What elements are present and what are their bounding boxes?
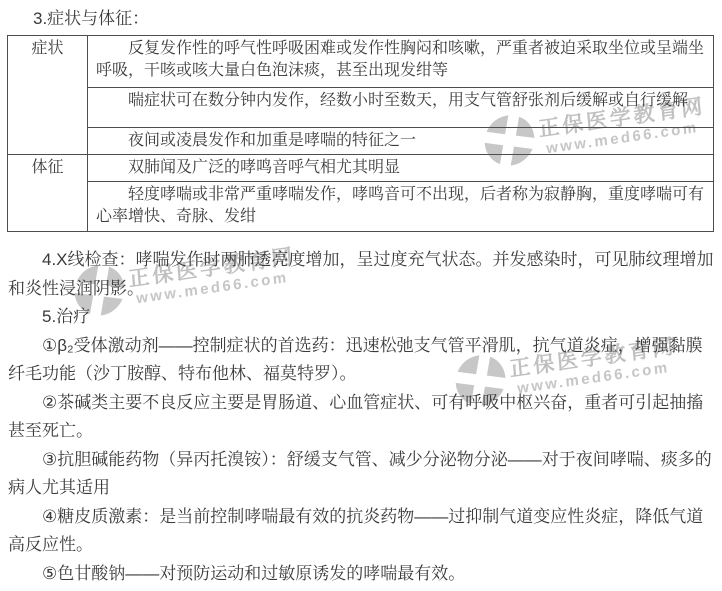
paragraph-glucocorticoid: ④糖皮质激素：是当前控制哮喘最有效的抗炎药物——过抑制气道变应性炎症，降低气道高…	[8, 503, 714, 560]
row-label-signs: 体征	[8, 155, 88, 232]
paragraph-cromolyn: ⑤色甘酸钠——对预防运动和过敏原诱发的哮喘最有效。	[8, 560, 714, 589]
row-label-symptoms: 症状	[8, 36, 88, 155]
table-row: 喘症状可在数分钟内发作，经数小时至数天，用支气管舒张剂后缓解或自行缓解	[8, 88, 714, 128]
symptoms-signs-table: 症状 反复发作性的呼气性呼吸困难或发作性胸闷和咳嗽，严重者被迫采取坐位或呈端坐呼…	[7, 35, 714, 232]
paragraph-xray: 4.X线检查：哮喘发作时两肺透亮度增加，呈过度充气状态。并发感染时，可见肺纹理增…	[8, 246, 714, 303]
document-content: 3.症状与体征： 症状 反复发作性的呼气性呼吸困难或发作性胸闷和咳嗽，严重者被迫…	[0, 9, 722, 588]
document-page: 正保医学教育网 www.med66.com 正保医学教育网 www.med66.…	[0, 0, 722, 591]
section-title: 3.症状与体征：	[33, 9, 722, 29]
table-row: 体征 双肺闻及广泛的哮鸣音呼气相尤其明显	[8, 155, 714, 182]
paragraph-treatment-heading: 5.治疗	[8, 303, 714, 332]
table-cell-symptom-3: 夜间或凌晨发作和加重是哮喘的特征之一	[88, 128, 714, 155]
paragraph-beta2-agonist: ①β₂受体激动剂——控制症状的首选药：迅速松弛支气管平滑肌，抗气道炎症，增强黏膜…	[8, 332, 714, 389]
table-row: 症状 反复发作性的呼气性呼吸困难或发作性胸闷和咳嗽，严重者被迫采取坐位或呈端坐呼…	[8, 36, 714, 88]
table-cell-sign-1: 双肺闻及广泛的哮鸣音呼气相尤其明显	[88, 155, 714, 182]
table-cell-sign-2: 轻度哮喘或非常严重哮喘发作，哮鸣音可不出现，后者称为寂静胸，重度哮喘可有心率增快…	[88, 182, 714, 232]
table-cell-symptom-2: 喘症状可在数分钟内发作，经数小时至数天，用支气管舒张剂后缓解或自行缓解	[88, 88, 714, 128]
table-row: 夜间或凌晨发作和加重是哮喘的特征之一	[8, 128, 714, 155]
paragraph-anticholinergic: ③抗胆碱能药物（异丙托溴铵）：舒缓支气管、减少分泌物分泌——对于夜间哮喘、痰多的…	[8, 446, 714, 503]
table-row: 轻度哮喘或非常严重哮喘发作，哮鸣音可不出现，后者称为寂静胸，重度哮喘可有心率增快…	[8, 182, 714, 232]
table-cell-symptom-1: 反复发作性的呼气性呼吸困难或发作性胸闷和咳嗽，严重者被迫采取坐位或呈端坐呼吸，干…	[88, 36, 714, 88]
paragraph-theophylline: ②茶碱类主要不良反应主要是胃肠道、心血管症状、可有呼吸中枢兴奋，重者可引起抽搐甚…	[8, 389, 714, 446]
body-paragraphs: 4.X线检查：哮喘发作时两肺透亮度增加，呈过度充气状态。并发感染时，可见肺纹理增…	[8, 246, 714, 588]
